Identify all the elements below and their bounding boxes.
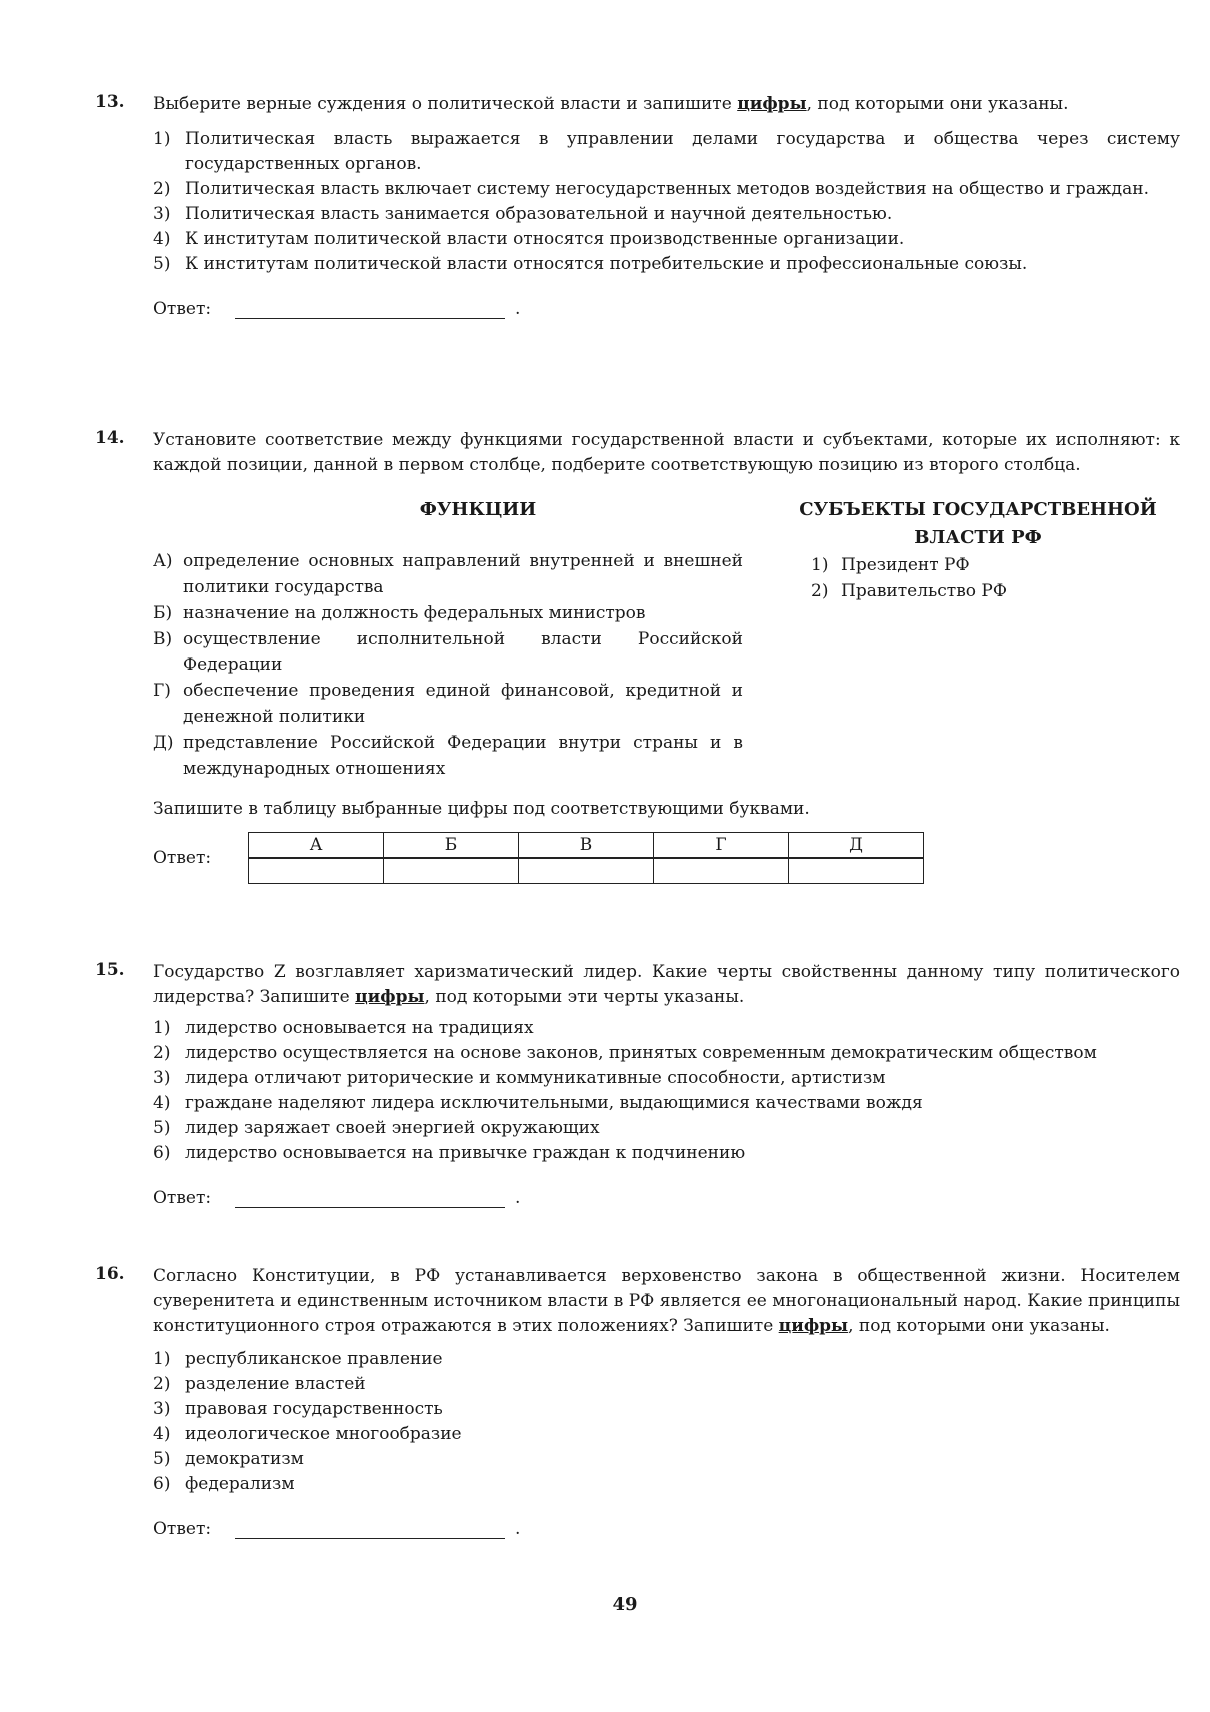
option-item: 2)Политическая власть включает систему н… xyxy=(153,177,1180,202)
option-item: 3)правовая государственность xyxy=(153,1397,1180,1422)
task-14: 14. Установите соответствие между функци… xyxy=(95,428,1180,884)
option-item: 5)демократизм xyxy=(153,1447,1180,1472)
option-number: 3) xyxy=(153,1066,170,1091)
table-header-cell: Г xyxy=(654,833,789,859)
option-number: 1) xyxy=(153,127,170,152)
prompt-text: , под которыми они указаны. xyxy=(848,1316,1110,1336)
option-item: 6)федерализм xyxy=(153,1472,1180,1497)
answer-label: Ответ: xyxy=(153,848,248,868)
option-number: 2) xyxy=(153,1372,170,1397)
subject-number: 1) xyxy=(811,552,828,578)
option-text: правовая государственность xyxy=(185,1399,443,1419)
task-16: 16. Согласно Конституции, в РФ устанавли… xyxy=(95,1264,1180,1539)
prompt-text: , под которыми эти черты указаны. xyxy=(425,987,745,1007)
option-item: 4)идеологическое многообразие xyxy=(153,1422,1180,1447)
table-header-cell: Б xyxy=(384,833,519,859)
option-item: 5)лидер заряжает своей энергией окружающ… xyxy=(153,1116,1180,1141)
prompt-emphasis: цифры xyxy=(779,1316,848,1336)
answer-dot: . xyxy=(515,1188,520,1208)
answer-cell[interactable] xyxy=(519,858,654,884)
answer-field[interactable] xyxy=(235,1520,505,1539)
options-list: 1)Политическая власть выражается в управ… xyxy=(153,127,1180,277)
answer-label: Ответ: xyxy=(153,1188,235,1208)
function-item: В)осуществление исполнительной власти Ро… xyxy=(153,626,743,678)
function-item: Б)назначение на должность федеральных ми… xyxy=(153,600,743,626)
prompt-text: Выберите верные суждения о политической … xyxy=(153,94,737,114)
task-number: 14. xyxy=(95,428,125,448)
function-item: А)определение основных направлений внутр… xyxy=(153,548,743,600)
task-number: 13. xyxy=(95,92,125,112)
option-item: 1)Политическая власть выражается в управ… xyxy=(153,127,1180,177)
subjects-list: 1)Президент РФ 2)Правительство РФ xyxy=(811,552,1173,604)
task-prompt: Согласно Конституции, в РФ устанавливает… xyxy=(153,1264,1180,1339)
option-text: Политическая власть включает систему нег… xyxy=(185,179,1149,199)
task-prompt: Выберите верные суждения о политической … xyxy=(153,92,1180,117)
task-number: 16. xyxy=(95,1264,125,1284)
function-text: осуществление исполнительной власти Росс… xyxy=(183,629,743,675)
function-item: Д)представление Российской Федерации вну… xyxy=(153,730,743,782)
prompt-text: , под которыми они указаны. xyxy=(807,94,1069,114)
answer-cell[interactable] xyxy=(384,858,519,884)
option-item: 2)разделение властей xyxy=(153,1372,1180,1397)
option-text: демократизм xyxy=(185,1449,304,1469)
answer-field[interactable] xyxy=(235,300,505,319)
option-item: 3)Политическая власть занимается образов… xyxy=(153,202,1180,227)
option-text: лидерство основывается на привычке гражд… xyxy=(185,1143,745,1163)
subject-number: 2) xyxy=(811,578,828,604)
option-text: лидерство осуществляется на основе закон… xyxy=(185,1043,1097,1063)
function-text: представление Российской Федерации внутр… xyxy=(183,733,743,779)
answer-label: Ответ: xyxy=(153,1519,235,1539)
functions-list: А)определение основных направлений внутр… xyxy=(153,548,743,782)
prompt-emphasis: цифры xyxy=(355,987,424,1007)
answer-field[interactable] xyxy=(235,1189,505,1208)
answer-row: Ответ: . xyxy=(153,1180,1180,1208)
subject-text: Президент РФ xyxy=(841,555,970,575)
function-letter: В) xyxy=(153,626,172,652)
options-list: 1)лидерство основывается на традициях 2)… xyxy=(153,1016,1180,1166)
option-number: 3) xyxy=(153,202,170,227)
option-item: 1)лидерство основывается на традициях xyxy=(153,1016,1180,1041)
function-letter: Г) xyxy=(153,678,171,704)
option-number: 1) xyxy=(153,1016,170,1041)
option-number: 4) xyxy=(153,1091,170,1116)
answer-table: А Б В Г Д xyxy=(248,832,924,884)
option-text: Политическая власть выражается в управле… xyxy=(185,129,1180,174)
page-number: 49 xyxy=(20,1594,1210,1615)
option-text: идеологическое многообразие xyxy=(185,1424,462,1444)
option-number: 2) xyxy=(153,177,170,202)
option-text: К институтам политической власти относят… xyxy=(185,229,904,249)
option-number: 4) xyxy=(153,227,170,252)
matching-columns: ФУНКЦИИ А)определение основных направлен… xyxy=(153,496,1180,782)
option-number: 2) xyxy=(153,1041,170,1066)
functions-column: ФУНКЦИИ А)определение основных направлен… xyxy=(153,496,743,782)
task-13: 13. Выберите верные суждения о политичес… xyxy=(95,92,1180,319)
options-list: 1)республиканское правление 2)разделение… xyxy=(153,1347,1180,1497)
option-text: лидера отличают риторические и коммуника… xyxy=(185,1068,885,1088)
option-text: лидер заряжает своей энергией окружающих xyxy=(185,1118,600,1138)
option-text: Политическая власть занимается образоват… xyxy=(185,204,892,224)
option-text: К институтам политической власти относят… xyxy=(185,254,1027,274)
answer-dot: . xyxy=(515,299,520,319)
subject-text: Правительство РФ xyxy=(841,581,1007,601)
function-letter: Д) xyxy=(153,730,173,756)
option-item: 1)республиканское правление xyxy=(153,1347,1180,1372)
option-item: 4)К институтам политической власти относ… xyxy=(153,227,1180,252)
option-item: 6)лидерство основывается на привычке гра… xyxy=(153,1141,1180,1166)
function-letter: А) xyxy=(153,548,173,574)
answer-row: Ответ: . xyxy=(153,291,1180,319)
functions-header: ФУНКЦИИ xyxy=(213,496,743,524)
answer-row: Ответ: . xyxy=(153,1511,1180,1539)
table-header-cell: В xyxy=(519,833,654,859)
prompt-emphasis: цифры xyxy=(737,94,806,114)
task-prompt: Установите соответствие между функциями … xyxy=(153,428,1180,478)
option-item: 5)К институтам политической власти относ… xyxy=(153,252,1180,277)
exam-page: 13. Выберите верные суждения о политичес… xyxy=(0,0,1210,1712)
table-instruction: Запишите в таблицу выбранные цифры под с… xyxy=(153,796,1180,822)
subject-item: 1)Президент РФ xyxy=(811,552,1173,578)
option-number: 4) xyxy=(153,1422,170,1447)
option-number: 6) xyxy=(153,1141,170,1166)
table-header-cell: Д xyxy=(789,833,924,859)
option-item: 4)граждане наделяют лидера исключительны… xyxy=(153,1091,1180,1116)
option-number: 6) xyxy=(153,1472,170,1497)
option-text: разделение властей xyxy=(185,1374,366,1394)
option-text: лидерство основывается на традициях xyxy=(185,1018,534,1038)
option-number: 5) xyxy=(153,1116,170,1141)
table-header-cell: А xyxy=(249,833,384,859)
answer-dot: . xyxy=(515,1519,520,1539)
answer-table-row: Ответ: А Б В Г Д xyxy=(153,832,1180,884)
function-letter: Б) xyxy=(153,600,172,626)
option-item: 3)лидера отличают риторические и коммуни… xyxy=(153,1066,1180,1091)
option-text: федерализм xyxy=(185,1474,295,1494)
option-item: 2)лидерство осуществляется на основе зак… xyxy=(153,1041,1180,1066)
task-prompt: Государство Z возглавляет харизматически… xyxy=(153,960,1180,1010)
answer-table-values xyxy=(249,858,924,884)
option-number: 3) xyxy=(153,1397,170,1422)
subjects-column: СУБЪЕКТЫ ГОСУДАРСТВЕННОЙ ВЛАСТИ РФ 1)Пре… xyxy=(783,496,1173,782)
answer-cell[interactable] xyxy=(249,858,384,884)
answer-cell[interactable] xyxy=(654,858,789,884)
answer-table-header: А Б В Г Д xyxy=(249,833,924,859)
subject-item: 2)Правительство РФ xyxy=(811,578,1173,604)
function-item: Г)обеспечение проведения единой финансов… xyxy=(153,678,743,730)
option-number: 1) xyxy=(153,1347,170,1372)
subjects-header: СУБЪЕКТЫ ГОСУДАРСТВЕННОЙ ВЛАСТИ РФ xyxy=(783,496,1173,552)
option-number: 5) xyxy=(153,1447,170,1472)
function-text: определение основных направлений внутрен… xyxy=(183,551,743,597)
answer-label: Ответ: xyxy=(153,299,235,319)
option-text: граждане наделяют лидера исключительными… xyxy=(185,1093,923,1113)
task-15: 15. Государство Z возглавляет харизматич… xyxy=(95,960,1180,1208)
task-number: 15. xyxy=(95,960,125,980)
answer-cell[interactable] xyxy=(789,858,924,884)
option-number: 5) xyxy=(153,252,170,277)
option-text: республиканское правление xyxy=(185,1349,443,1369)
function-text: назначение на должность федеральных мини… xyxy=(183,603,645,623)
function-text: обеспечение проведения единой финансовой… xyxy=(183,681,743,727)
